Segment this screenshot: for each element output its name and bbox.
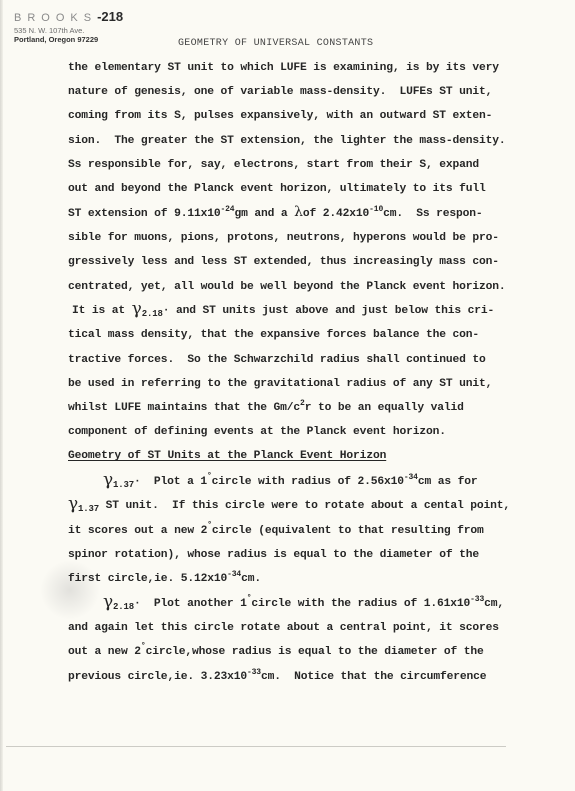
- text: previous circle,ie. 3.23x10: [68, 671, 247, 683]
- subscript: 1.37: [78, 504, 99, 514]
- text-line: γ1.37 ST unit. If this circle were to ro…: [68, 499, 510, 513]
- text: ST unit. If this circle were to rotate a…: [99, 500, 510, 512]
- text: cm as for: [418, 476, 478, 488]
- gamma-symbol: γ: [132, 299, 142, 319]
- text: · and ST units just above and just below…: [163, 305, 494, 317]
- text: whilst LUFE maintains that the Gm/c: [68, 402, 300, 414]
- text: ST extension of 9.11x10: [68, 208, 220, 220]
- subscript: 2.18: [142, 309, 163, 319]
- text-line: γ2.18· Plot another 1°circle with the ra…: [103, 597, 504, 611]
- document-title: GEOMETRY OF UNIVERSAL CONSTANTS: [178, 38, 373, 49]
- exponent: -24: [220, 205, 234, 214]
- text-line: previous circle,ie. 3.23x10-33cm. Notice…: [68, 670, 486, 684]
- text: cm. Notice that the circumference: [261, 671, 486, 683]
- text-line: tical mass density, that the expansive f…: [68, 328, 479, 342]
- text-line: whilst LUFE maintains that the Gm/c2r to…: [68, 401, 464, 415]
- text: of 2.42x10: [303, 208, 369, 220]
- text: out a new 2: [68, 646, 141, 658]
- exponent: -33: [247, 668, 261, 677]
- text: circle with radius of 2.56x10: [212, 476, 404, 488]
- stamp-number: -218: [97, 9, 123, 24]
- exponent: -33: [470, 595, 484, 604]
- text: It is at: [72, 305, 132, 317]
- text-line: γ1.37· Plot a 1°circle with radius of 2.…: [103, 475, 477, 489]
- text-line: centrated, yet, all would be well beyond…: [68, 280, 506, 294]
- gamma-symbol: γ: [103, 592, 113, 612]
- text-line: first circle,ie. 5.12x10-34cm.: [68, 572, 261, 586]
- text-line: out a new 2°circle,whose radius is equal…: [68, 645, 484, 659]
- text-line: out and beyond the Planck event horizon,…: [68, 182, 486, 196]
- text-line: nature of genesis, one of variable mass-…: [68, 85, 492, 99]
- text-line: sible for muons, pions, protons, neutron…: [68, 231, 499, 245]
- text-line: spinor rotation), whose radius is equal …: [68, 548, 479, 562]
- text-line: it scores out a new 2°circle (equivalent…: [68, 524, 484, 538]
- text: circle (equivalent to that resulting fro…: [212, 525, 484, 537]
- exponent: -10: [369, 205, 383, 214]
- text: first circle,ie. 5.12x10: [68, 573, 227, 585]
- subscript: 1.37: [113, 480, 134, 490]
- stamp-name: BROOKS: [14, 12, 97, 24]
- stamp-name-row: BROOKS-218: [14, 8, 123, 26]
- text: · Plot another 1: [134, 598, 247, 610]
- exponent: -34: [227, 570, 241, 579]
- text-line: Ss responsible for, say, electrons, star…: [68, 158, 479, 172]
- text-line: and again let this circle rotate about a…: [68, 621, 499, 635]
- page-edge: [0, 0, 3, 791]
- text-line: coming from its S, pulses expansively, w…: [68, 109, 492, 123]
- gamma-symbol: γ: [68, 494, 78, 514]
- stamp-address: 535 N. W. 107th Ave.: [14, 26, 123, 35]
- exponent: -34: [404, 473, 418, 482]
- text: it scores out a new 2: [68, 525, 207, 537]
- lambda-symbol: λ: [294, 204, 303, 220]
- text-line: sion. The greater the ST extension, the …: [68, 134, 506, 148]
- address-stamp: BROOKS-218 535 N. W. 107th Ave. Portland…: [14, 8, 123, 44]
- text: gm and a: [234, 208, 294, 220]
- text: cm. Ss respon-: [383, 208, 482, 220]
- text-line: It is at γ2.18· and ST units just above …: [72, 304, 494, 318]
- text-line: be used in referring to the gravitationa…: [68, 377, 492, 391]
- stamp-city: Portland, Oregon 97229: [14, 35, 123, 44]
- paper-smudge: [40, 560, 100, 620]
- text-line: ST extension of 9.11x10-24gm and a λof 2…: [68, 207, 483, 221]
- text-line: component of defining events at the Plan…: [68, 425, 446, 439]
- text-line: tractive forces. So the Schwarzchild rad…: [68, 353, 486, 367]
- text: cm,: [484, 598, 504, 610]
- page-bottom-edge: [6, 746, 506, 747]
- text: r to be an equally valid: [305, 402, 464, 414]
- text: circle with the radius of 1.61x10: [251, 598, 470, 610]
- section-heading: Geometry of ST Units at the Planck Event…: [68, 449, 386, 463]
- gamma-symbol: γ: [103, 470, 113, 490]
- text: cm.: [241, 573, 261, 585]
- subscript: 2.18: [113, 602, 134, 612]
- text-line: the elementary ST unit to which LUFE is …: [68, 61, 499, 75]
- text: circle,whose radius is equal to the diam…: [146, 646, 484, 658]
- text-line: gressively less and less ST extended, th…: [68, 255, 499, 269]
- text: · Plot a 1: [134, 476, 207, 488]
